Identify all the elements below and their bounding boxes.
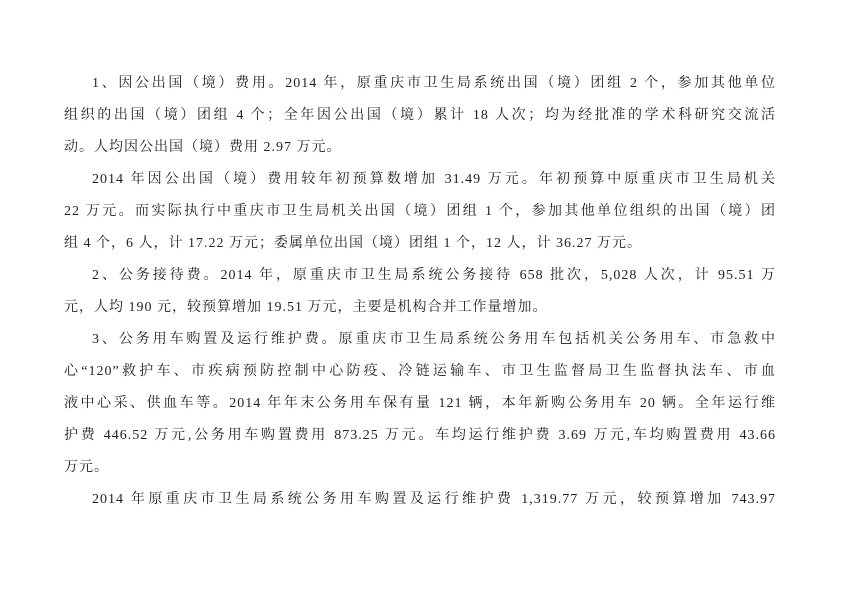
text-line: 万元。 [64, 452, 776, 484]
text-line: 组织的出国（境）团组 4 个；全年因公出国（境）累计 18 人次；均为经批准的学… [64, 100, 776, 132]
paragraph-overseas-trip-budget-comparison: 2014 年因公出国（境）费用较年初预算数增加 31.49 万元。年初预算中原重… [64, 164, 776, 260]
document-page: 1、因公出国（境）费用。2014 年，原重庆市卫生局系统出国（境）团组 2 个，… [0, 0, 842, 594]
text-line: 组 4 个，6 人，计 17.22 万元；委属单位出国（境）团组 1 个，12 … [64, 228, 776, 260]
page-text-block: 1、因公出国（境）费用。2014 年，原重庆市卫生局系统出国（境）团组 2 个，… [64, 68, 776, 516]
text-line: 1、因公出国（境）费用。2014 年，原重庆市卫生局系统出国（境）团组 2 个，… [64, 68, 776, 100]
paragraph-official-vehicle-expense: 3、公务用车购置及运行维护费。原重庆市卫生局系统公务用车包括机关公务用车、市急救… [64, 324, 776, 484]
text-line: 动。人均因公出国（境）费用 2.97 万元。 [64, 132, 776, 164]
paragraph-overseas-trip-expense: 1、因公出国（境）费用。2014 年，原重庆市卫生局系统出国（境）团组 2 个，… [64, 68, 776, 164]
text-line: 2014 年因公出国（境）费用较年初预算数增加 31.49 万元。年初预算中原重… [64, 164, 776, 196]
text-line: 心“120”救护车、市疾病预防控制中心防疫、冷链运输车、市卫生监督局卫生监督执法… [64, 356, 776, 388]
text-line: 元，人均 190 元，较预算增加 19.51 万元，主要是机构合并工作量增加。 [64, 292, 776, 324]
paragraph-vehicle-budget-comparison: 2014 年原重庆市卫生局系统公务用车购置及运行维护费 1,319.77 万元，… [64, 484, 776, 516]
text-line: 护费 446.52 万元,公务用车购置费用 873.25 万元。车均运行维护费 … [64, 420, 776, 452]
text-line: 2、公务接待费。2014 年，原重庆市卫生局系统公务接待 658 批次，5,02… [64, 260, 776, 292]
paragraph-official-reception-expense: 2、公务接待费。2014 年，原重庆市卫生局系统公务接待 658 批次，5,02… [64, 260, 776, 324]
text-line: 22 万元。而实际执行中重庆市卫生局机关出国（境）团组 1 个，参加其他单位组织… [64, 196, 776, 228]
text-line: 3、公务用车购置及运行维护费。原重庆市卫生局系统公务用车包括机关公务用车、市急救… [64, 324, 776, 356]
text-line: 2014 年原重庆市卫生局系统公务用车购置及运行维护费 1,319.77 万元，… [64, 484, 776, 516]
text-line: 液中心采、供血车等。2014 年年末公务用车保有量 121 辆，本年新购公务用车… [64, 388, 776, 420]
